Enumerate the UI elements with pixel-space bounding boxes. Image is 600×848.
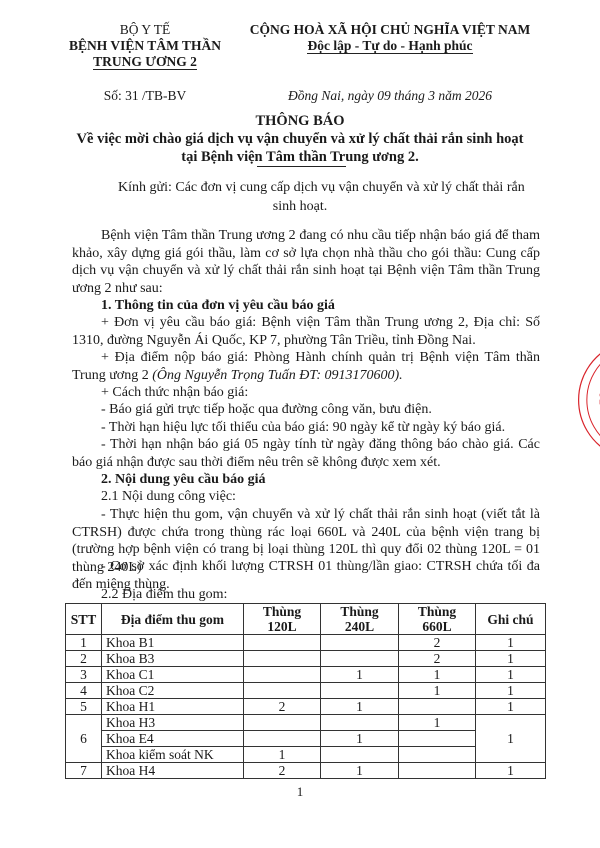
cell-120l: 2 [244,763,321,779]
cell-240l [321,715,399,731]
col-header-location: Địa điểm thu gom [102,604,244,635]
col-header-note: Ghi chú [476,604,546,635]
cell-location: Khoa C2 [102,683,244,699]
cell-location: Khoa H3 [102,715,244,731]
cell-location: Khoa H4 [102,763,244,779]
intro-paragraph: Bệnh viện Tâm thần Trung ương 2 đang có … [72,227,540,297]
cell-location: Khoa B3 [102,651,244,667]
section1-heading: 1. Thông tin của đơn vị yêu cầu báo giá [101,297,335,315]
cell-120l [244,683,321,699]
table-row: Khoa E41 [66,731,546,747]
cell-240l: 1 [321,763,399,779]
cell-660l: 2 [399,651,476,667]
cell-240l [321,635,399,651]
table-row: 2Khoa B321 [66,651,546,667]
document-subtitle-line2: tại Bệnh viện Tâm thần Trung ương 2. [60,148,540,166]
cell-location: Khoa H1 [102,699,244,715]
national-motto: Độc lập - Tự do - Hạnh phúc [307,38,472,54]
section2-2-heading: 2.2 Địa điểm thu gom: [101,586,227,604]
bullet-deadline: - Thời hạn nhận báo giá 05 ngày tính từ … [72,436,540,471]
bullet-submission-channel: - Báo giá gửi trực tiếp hoặc qua đường c… [101,401,432,419]
cell-location: Khoa kiểm soát NK [102,747,244,763]
cell-660l: 1 [399,667,476,683]
table-row: 6Khoa H311 [66,715,546,731]
cell-stt: 4 [66,683,102,699]
cell-stt: 3 [66,667,102,683]
hospital-name-line2: TRUNG ƯƠNG 2 [93,54,197,70]
table-row: 3Khoa C1111 [66,667,546,683]
subtitle-underline [257,166,346,167]
cell-120l [244,667,321,683]
cell-660l [399,731,476,747]
submission-location: + Địa điểm nộp báo giá: Phòng Hành chính… [72,349,540,384]
cell-660l: 2 [399,635,476,651]
document-subtitle-line1: Về việc mời chào giá dịch vụ vận chuyển … [60,130,540,148]
cell-note: 1 [476,651,546,667]
cell-120l [244,715,321,731]
cell-stt: 2 [66,651,102,667]
place-date: Đồng Nai, ngày 09 tháng 3 năm 2026 [230,88,550,104]
col-header-120l: Thùng120L [244,604,321,635]
cell-note: 1 [476,683,546,699]
cell-note: 1 [476,699,546,715]
table-row: 5Khoa H1211 [66,699,546,715]
cell-note: 1 [476,667,546,683]
issuing-agency: BỘ Y TẾ BỆNH VIỆN TÂM THẦN TRUNG ƯƠNG 2 [60,22,230,70]
cell-660l: 1 [399,715,476,731]
section2-1-heading: 2.1 Nội dung công việc: [101,488,236,506]
cell-660l: 1 [399,683,476,699]
col-header-240l: Thùng240L [321,604,399,635]
table-row: Khoa kiểm soát NK1 [66,747,546,763]
table-row: 7Khoa H4211 [66,763,546,779]
cell-240l: 1 [321,731,399,747]
cell-660l [399,763,476,779]
national-title: CỘNG HOÀ XÃ HỘI CHỦ NGHĨA VIỆT NAM [230,22,550,38]
contact-person: (Ông Nguyễn Trọng Tuấn ĐT: 0913170600). [152,368,402,383]
collection-points-table: STT Địa điểm thu gom Thùng120L Thùng240L… [65,603,546,779]
table-header-row: STT Địa điểm thu gom Thùng120L Thùng240L… [66,604,546,635]
cell-note: 1 [476,635,546,651]
table-row: 4Khoa C211 [66,683,546,699]
national-header: CỘNG HOÀ XÃ HỘI CHỦ NGHĨA VIỆT NAM Độc l… [230,22,550,54]
cell-location: Khoa C1 [102,667,244,683]
ministry-name: BỘ Y TẾ [60,22,230,38]
requester-info: + Đơn vị yêu cầu báo giá: Bệnh viện Tâm … [72,314,540,349]
document-title: THÔNG BÁO [60,112,540,130]
cell-240l [321,651,399,667]
recipient-line1: Kính gửi: Các đơn vị cung cấp dịch vụ vậ… [118,178,538,197]
cell-660l [399,699,476,715]
receiving-method: + Cách thức nhận báo giá: [101,384,248,402]
page-number: 1 [290,784,310,800]
cell-240l [321,747,399,763]
cell-stt: 6 [66,715,102,763]
cell-120l [244,651,321,667]
cell-stt: 7 [66,763,102,779]
bullet-validity: - Thời hạn hiệu lực tối thiểu của báo gi… [101,419,505,437]
cell-660l [399,747,476,763]
cell-120l: 2 [244,699,321,715]
cell-note: 1 [476,715,546,763]
section2-heading: 2. Nội dung yêu cầu báo giá [101,471,266,489]
cell-120l [244,731,321,747]
document-number: Số: 31 /TB-BV [60,88,230,104]
cell-120l [244,635,321,651]
col-header-660l: Thùng660L [399,604,476,635]
table-row: 1Khoa B121 [66,635,546,651]
recipient-line2: sinh hoạt. [60,197,540,216]
cell-240l: 1 [321,699,399,715]
cell-location: Khoa B1 [102,635,244,651]
hospital-name: BỆNH VIỆN TÂM THẦN [60,38,230,54]
official-seal-icon [575,345,600,455]
cell-240l: 1 [321,667,399,683]
cell-location: Khoa E4 [102,731,244,747]
col-header-stt: STT [66,604,102,635]
cell-note: 1 [476,763,546,779]
cell-240l [321,683,399,699]
cell-120l: 1 [244,747,321,763]
cell-stt: 5 [66,699,102,715]
cell-stt: 1 [66,635,102,651]
